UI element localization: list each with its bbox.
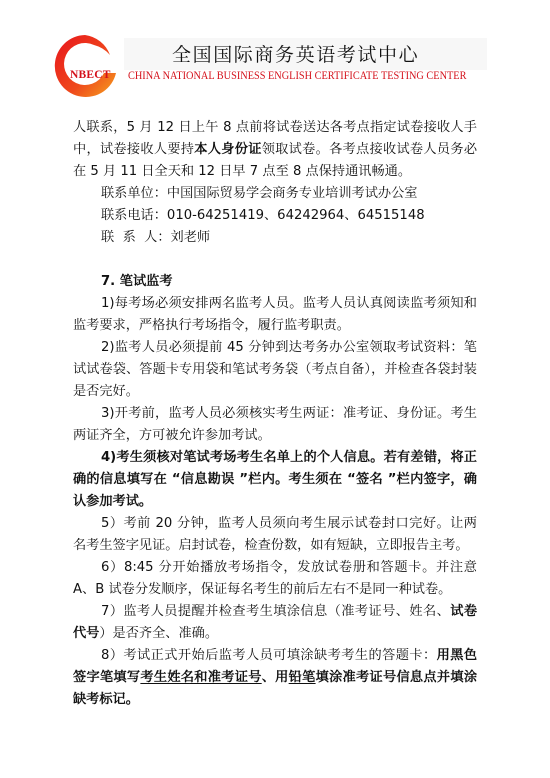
intro-paragraph: 人联系，5 月 12 日上午 8 点前将试卷送达各考点指定试卷接收人手中，试卷接…: [73, 117, 477, 183]
id-card-emphasis: 本人身份证: [194, 142, 261, 157]
section-title: 7. 笔试监考: [73, 271, 477, 293]
item-7-text: 7）监考人员提醒并检查考生填涂信息（准考证号、姓名、: [101, 604, 450, 619]
item-1: 1)每考场必须安排两名监考人员。监考人员认真阅读监考须知和监考要求，严格执行考场…: [73, 293, 477, 337]
document-body: 人联系，5 月 12 日上午 8 点前将试卷送达各考点指定试卷接收人手中，试卷接…: [73, 117, 477, 711]
contact-unit: 联系单位：中国国际贸易学会商务专业培训考试办公室: [73, 183, 477, 205]
contact-person: 联 系 人：刘老师: [73, 227, 477, 249]
pencil-underlined: 铅笔: [289, 670, 316, 685]
item-8-text: 8）考试正式开始后监考人员可填涂缺考考生的答题卡：: [101, 648, 437, 663]
item-7-text-end: ）是否齐全、准确。: [99, 626, 218, 641]
org-title-english: CHINA NATIONAL BUSINESS ENGLISH CERTIFIC…: [128, 70, 466, 82]
item-8: 8）考试正式开始后监考人员可填涂缺考考生的答题卡：用黑色签字笔填写考生姓名和准考…: [73, 645, 477, 711]
nbect-logo-icon: [52, 33, 118, 99]
item-2: 2)监考人员必须提前 45 分钟到达考务办公室领取考试资料：笔试试卷袋、答题卡专…: [73, 337, 477, 403]
name-and-id-underlined: 考生姓名和准考证号: [140, 670, 261, 685]
item-4: 4)考生须核对笔试考场考生名单上的个人信息。若有差错，将正确的信息填写在 “信息…: [73, 447, 477, 513]
item-7: 7）监考人员提醒并检查考生填涂信息（准考证号、姓名、试卷代号）是否齐全、准确。: [73, 601, 477, 645]
letterhead: NBECT 全国国际商务英语考试中心 CHINA NATIONAL BUSINE…: [0, 0, 550, 100]
item-8-bold: 、用: [262, 670, 289, 685]
logo-text: NBECT: [70, 69, 111, 81]
item-5: 5）考前 20 分钟，监考人员须向考生展示试卷封口完好。让两名考生签字见证。启封…: [73, 513, 477, 557]
item-3: 3)开考前，监考人员必须核实考生两证：准考证、身份证。考生两证齐全，方可被允许参…: [73, 403, 477, 447]
item-6: 6）8:45 分开始播放考场指令，发放试卷册和答题卡。并注意 A、B 试卷分发顺…: [73, 557, 477, 601]
org-title-chinese: 全国国际商务英语考试中心: [172, 40, 419, 67]
spacer: [73, 249, 477, 271]
contact-phone: 联系电话：010-64251419、64242964、64515148: [73, 205, 477, 227]
